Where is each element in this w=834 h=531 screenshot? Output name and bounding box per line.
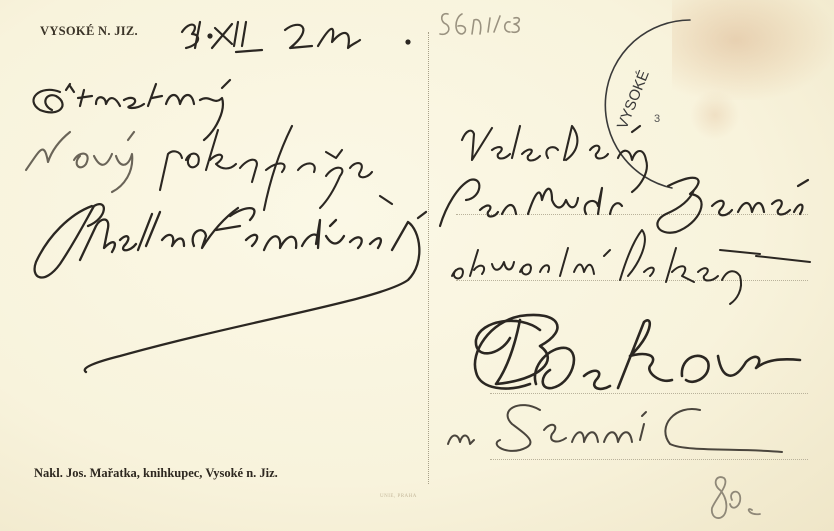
date-ink xyxy=(182,22,410,52)
address-ink-5 xyxy=(448,405,782,452)
svg-text:VYSOKÉ: VYSOKÉ xyxy=(614,68,653,132)
address-ink-3 xyxy=(452,230,810,304)
address-ink-1 xyxy=(462,126,647,192)
pencil-price-ink xyxy=(712,477,760,518)
greeting-ink-1 xyxy=(33,80,230,140)
greeting-ink-2 xyxy=(26,126,392,210)
postcard-back: VYSOKÉ N. JIZ. S6n1c3 Nakl. Jos. Mařatka… xyxy=(0,0,834,531)
signature-ink xyxy=(35,204,426,372)
svg-text:3: 3 xyxy=(654,113,660,125)
handwriting-layer: VYSOKÉ 3 xyxy=(0,0,834,531)
address-ink-4 xyxy=(475,315,800,389)
pencil-code-ink xyxy=(440,14,519,35)
address-ink-2 xyxy=(440,178,808,233)
